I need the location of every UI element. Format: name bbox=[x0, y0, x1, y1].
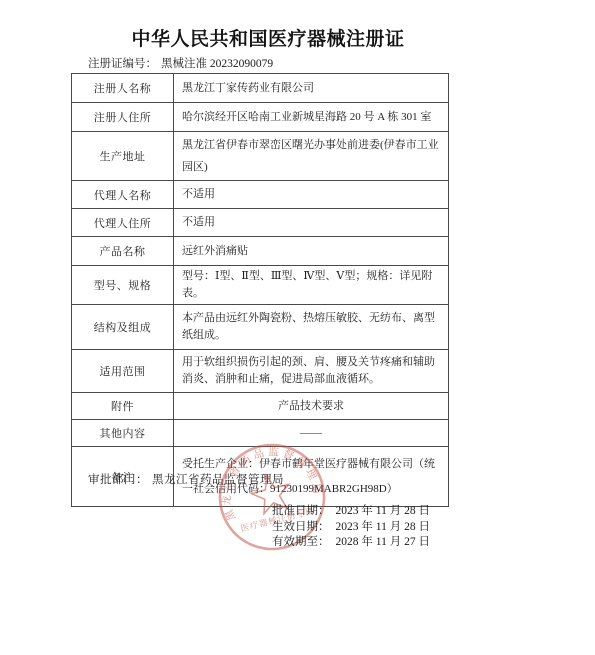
table-row: 代理人住所 不适用 bbox=[72, 209, 449, 237]
table-row: 其他内容 —— bbox=[72, 420, 449, 447]
table-row: 型号、规格 型号：Ⅰ型、Ⅱ型、Ⅲ型、Ⅳ型、Ⅴ型；规格：详见附表。 bbox=[72, 266, 449, 305]
row-label: 注册人名称 bbox=[72, 74, 174, 103]
expiry-date-value: 2028 年 11 月 27 日 bbox=[336, 536, 430, 548]
approval-date-line: 批准日期：2023 年 11 月 28 日 bbox=[272, 504, 430, 520]
row-value: 黑龙江丁家传药业有限公司 bbox=[174, 74, 449, 103]
approval-department-value: 黑龙江省药品监督管理局 bbox=[152, 474, 284, 486]
table-row: 代理人名称 不适用 bbox=[72, 181, 449, 209]
dates-block: 批准日期：2023 年 11 月 28 日 生效日期：2023 年 11 月 2… bbox=[272, 504, 430, 551]
cert-number-value: 黑械注准 20232090079 bbox=[161, 58, 273, 70]
effective-date-label: 生效日期： bbox=[272, 521, 330, 533]
row-label: 适用范围 bbox=[72, 350, 174, 393]
table-row: 结构及组成 本产品由远红外陶瓷粉、热熔压敏胶、无纺布、离型纸组成。 bbox=[72, 305, 449, 350]
certificate-page: 中华人民共和国医疗器械注册证 注册证编号：黑械注准 20232090079 注册… bbox=[0, 0, 595, 655]
row-label: 代理人住所 bbox=[72, 209, 174, 237]
row-value: 远红外消痛贴 bbox=[174, 237, 449, 266]
expiry-date-label: 有效期至： bbox=[272, 536, 330, 548]
approval-date-label: 批准日期： bbox=[272, 505, 330, 517]
row-label: 代理人名称 bbox=[72, 181, 174, 209]
row-label: 型号、规格 bbox=[72, 266, 174, 305]
row-value: 用于软组织损伤引起的颈、肩、腰及关节疼痛和辅助消炎、消肿和止痛，促进局部血液循环… bbox=[174, 350, 449, 393]
row-value: 型号：Ⅰ型、Ⅱ型、Ⅲ型、Ⅳ型、Ⅴ型；规格：详见附表。 bbox=[174, 266, 449, 305]
row-label: 生产地址 bbox=[72, 132, 174, 181]
row-value: 产品技术要求 bbox=[174, 393, 449, 420]
approval-department-line: 审批部门：黑龙江省药品监督管理局 bbox=[88, 471, 284, 487]
row-value: 哈尔滨经开区哈南工业新城星海路 20 号 A 栋 301 室 bbox=[174, 103, 449, 132]
certificate-table: 注册人名称 黑龙江丁家传药业有限公司 注册人住所 哈尔滨经开区哈南工业新城星海路… bbox=[71, 73, 449, 507]
row-value: 不适用 bbox=[174, 209, 449, 237]
row-value: 黑龙江省伊春市翠峦区曙光办事处前进委(伊春市工业园区) bbox=[174, 132, 449, 181]
expiry-date-line: 有效期至：2028 年 11 月 27 日 bbox=[272, 535, 430, 551]
table-row: 适用范围 用于软组织损伤引起的颈、肩、腰及关节疼痛和辅助消炎、消肿和止痛，促进局… bbox=[72, 350, 449, 393]
effective-date-value: 2023 年 11 月 28 日 bbox=[336, 521, 430, 533]
row-value: 本产品由远红外陶瓷粉、热熔压敏胶、无纺布、离型纸组成。 bbox=[174, 305, 449, 350]
row-value: 不适用 bbox=[174, 181, 449, 209]
approval-date-value: 2023 年 11 月 28 日 bbox=[336, 505, 430, 517]
cert-number-label: 注册证编号： bbox=[88, 58, 157, 70]
approval-department-label: 审批部门： bbox=[88, 474, 148, 486]
row-label: 产品名称 bbox=[72, 237, 174, 266]
row-value: —— bbox=[174, 420, 449, 447]
table-row: 生产地址 黑龙江省伊春市翠峦区曙光办事处前进委(伊春市工业园区) bbox=[72, 132, 449, 181]
table-row: 注册人名称 黑龙江丁家传药业有限公司 bbox=[72, 74, 449, 103]
row-label: 注册人住所 bbox=[72, 103, 174, 132]
table-row: 产品名称 远红外消痛贴 bbox=[72, 237, 449, 266]
row-label: 其他内容 bbox=[72, 420, 174, 447]
table-row: 附件 产品技术要求 bbox=[72, 393, 449, 420]
row-label: 附件 bbox=[72, 393, 174, 420]
table-row: 注册人住所 哈尔滨经开区哈南工业新城星海路 20 号 A 栋 301 室 bbox=[72, 103, 449, 132]
cert-number-line: 注册证编号：黑械注准 20232090079 bbox=[88, 55, 273, 74]
effective-date-line: 生效日期：2023 年 11 月 28 日 bbox=[272, 520, 430, 536]
page-title: 中华人民共和国医疗器械注册证 bbox=[0, 24, 536, 51]
row-label: 结构及组成 bbox=[72, 305, 174, 350]
